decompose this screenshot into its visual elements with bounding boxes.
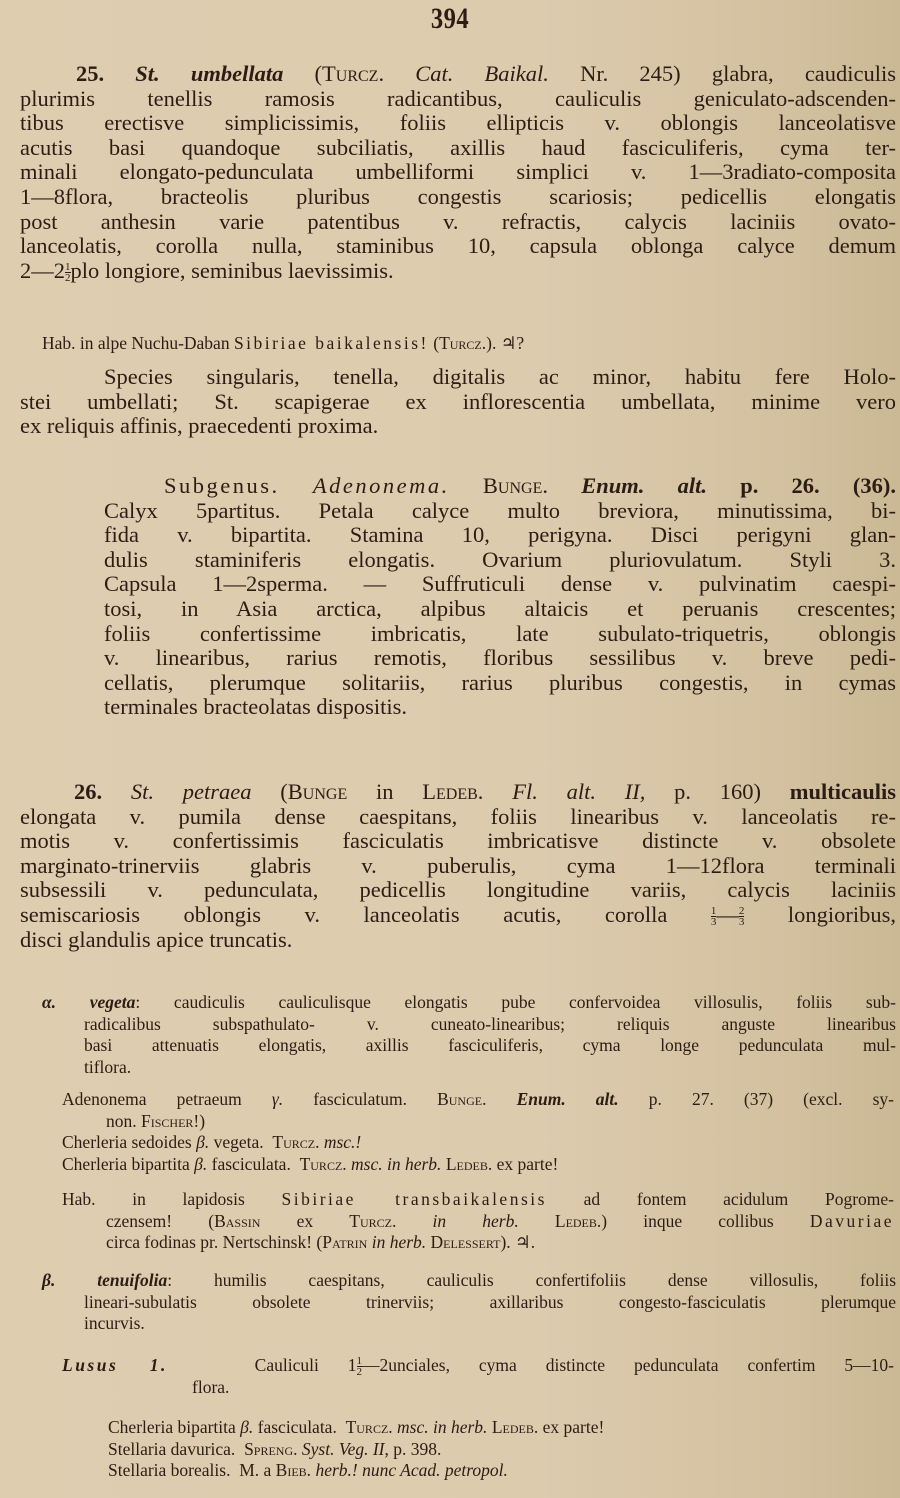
subgenus-heading: Subgenus. Adenonema. Bunge. Enum. alt. p… [104,474,896,499]
subgenus-name: Adenonema. [313,473,450,498]
book-page: 394 25. St. umbellata (Turcz. Cat. Baika… [0,0,900,1498]
work-title: Syst. Veg. II [302,1439,385,1459]
text-line: flora. [192,1377,894,1399]
variety-label: β. tenuifolia [42,1270,167,1290]
text-line: lineari-subulatis obsolete trinerviis; a… [84,1292,896,1314]
author: Ledeb. [422,779,483,804]
work-title: Enum. alt. [517,1089,619,1109]
species-25-note: Species singularis, tenella, digitalis a… [20,365,896,439]
author: Patrin [322,1232,367,1252]
text-line: marginato-trinerviis glabris v. puberuli… [20,854,896,879]
lusus-label: Lusus 1. [62,1355,168,1375]
author: Delessert [431,1232,501,1252]
species-26-description: 26. St. petraea (Bunge in Ledeb. Fl. alt… [20,780,896,952]
variety-label: α. vegeta [42,992,135,1012]
author: Bassin [214,1211,260,1231]
text-line: Calyx 5partitus. Petala calyce multo bre… [104,499,896,524]
text-line: tiflora. [84,1057,896,1079]
text-line: basi attenuatis elongatis, axillis fasci… [84,1035,896,1057]
text-line: cellatis, plerumque solitariis, rarius p… [104,671,896,696]
variety-beta-synonyms: Cherleria bipartita β. fasciculata. Turc… [108,1417,868,1482]
text-line: disci glandulis apice truncatis. [20,928,896,953]
fraction: 23 [739,906,745,927]
work-title: Cat. Baikal. [415,61,549,86]
synonym-continuation: non. Fischer!) [62,1111,894,1133]
author: Bunge. [483,473,548,498]
species-number: 25. [76,61,104,86]
variety-alpha-habitat: Hab. in lapidosis Sibiriae transbaikalen… [62,1189,894,1254]
text-line: subsessili v. pedunculata, pedicellis lo… [20,878,896,903]
author: Turcz. [272,1132,319,1152]
text-line: tibus erectisve simplicissimis, foliis e… [20,111,896,136]
work-title: Fl. alt. II, [512,779,645,804]
text-line: acutis basi quandoque subciliatis, axill… [20,136,896,161]
text-line: ex reliquis affinis, praecedenti proxima… [20,414,896,439]
author: Ledeb. [492,1417,538,1437]
text-line: stei umbellati; St. scapigerae ex inflor… [20,390,896,415]
synonym-entry: Stellaria borealis. M. a Bieb. herb.! nu… [108,1460,868,1482]
species-name: St. umbellata [135,61,283,86]
text-line: Capsula 1—2sperma. — Suffruticuli dense … [104,572,896,597]
synonym-entry: Cherleria bipartita β. fasciculata. Turc… [108,1417,868,1439]
author: Ledeb. [446,1154,492,1174]
text-line: minali elongato-pedunculata umbelliformi… [20,160,896,185]
text-line: tosi, in Asia arctica, alpibus altaicis … [104,597,896,622]
author: Turcz. [346,1417,393,1437]
text-line: α. vegeta: caudiculis cauliculisque elon… [42,992,896,1014]
text-line: Hab. in alpe Nuchu-Daban Sibiriae baikal… [42,333,842,355]
text-line: β. tenuifolia: humilis caespitans, cauli… [42,1270,896,1292]
text-line: 26. St. petraea (Bunge in Ledeb. Fl. alt… [20,780,896,805]
synonym-entry: Cherleria bipartita β. fasciculata. Turc… [62,1154,894,1176]
text-line: semiscariosis oblongis v. lanceolatis ac… [20,903,896,928]
species-25-description: 25. St. umbellata (Turcz. Cat. Baikal. N… [20,62,896,283]
text-line: elongata v. pumila dense caespitans, fol… [20,805,896,830]
synonym-entry: Adenonema petraeum γ. fasciculatum. Bung… [62,1089,894,1111]
text-line: v. linearibus, rarius remotis, floribus … [104,646,896,671]
text-line: 1—8flora, bracteolis pluribus congestis … [20,185,896,210]
page-number: 394 [81,2,819,36]
text-line: incurvis. [84,1313,896,1335]
synonym-entry: Cherleria sedoides β. vegeta. Turcz. msc… [62,1132,894,1154]
text-line: Species singularis, tenella, digitalis a… [20,365,896,390]
synonym-entry: Stellaria davurica. Spreng. Syst. Veg. I… [108,1439,868,1461]
author: Spreng. [244,1439,297,1459]
text-line: fida v. bipartita. Stamina 10, perigyna.… [104,523,896,548]
species-name: St. petraea [131,779,252,804]
text-line: radicalibus subspathulato- v. cuneato-li… [84,1014,896,1036]
author: Turcz. [322,61,384,86]
text-line: czensem! (Bassin ex Turcz. in herb. Lede… [106,1211,894,1233]
author: Ledeb. [555,1211,601,1231]
author: Bunge. [437,1089,486,1109]
author: Bunge [288,779,347,804]
author: Bieb. [276,1460,311,1480]
variety-beta-tenuifolia: β. tenuifolia: humilis caespitans, cauli… [42,1270,896,1335]
variety-alpha-vegeta: α. vegeta: caudiculis cauliculisque elon… [42,992,896,1079]
text-line: 25. St. umbellata (Turcz. Cat. Baikal. N… [20,62,896,87]
text-line: motis v. confertissimis fasciculatis imb… [20,829,896,854]
text-line: terminales bracteolatas dispositis. [104,695,896,720]
text-line: dulis staminiferis elongatis. Ovarium pl… [104,548,896,573]
text-line: foliis confertissime imbricatis, late su… [104,622,896,647]
subgenus-adenonema: Subgenus. Adenonema. Bunge. Enum. alt. p… [104,474,896,720]
lusus-1: Lusus 1. Cauliculi 112—2unciales, cyma d… [62,1355,894,1399]
text-line: Hab. in lapidosis Sibiriae transbaikalen… [62,1189,894,1211]
text-line: post anthesin varie patentibus v. refrac… [20,210,896,235]
variety-alpha-synonyms: Adenonema petraeum γ. fasciculatum. Bung… [62,1089,894,1176]
text-line: Lusus 1. Cauliculi 112—2unciales, cyma d… [62,1355,894,1377]
text-line: plurimis tenellis ramosis radicantibus, … [20,87,896,112]
species-25-habitat: Hab. in alpe Nuchu-Daban Sibiriae baikal… [42,333,842,355]
author: Turcz. [439,333,486,353]
species-number: 26. [74,779,102,804]
text-line: 2—212plo longiore, seminibus laevissimis… [20,259,896,284]
author: Turcz. [349,1211,396,1231]
text-line: circa fodinas pr. Nertschinsk! (Patrin i… [106,1232,894,1254]
work-title: Enum. alt. [581,473,707,498]
author: Fischer [141,1111,193,1131]
author: Turcz. [300,1154,347,1174]
text-line: lanceolatis, corolla nulla, staminibus 1… [20,234,896,259]
